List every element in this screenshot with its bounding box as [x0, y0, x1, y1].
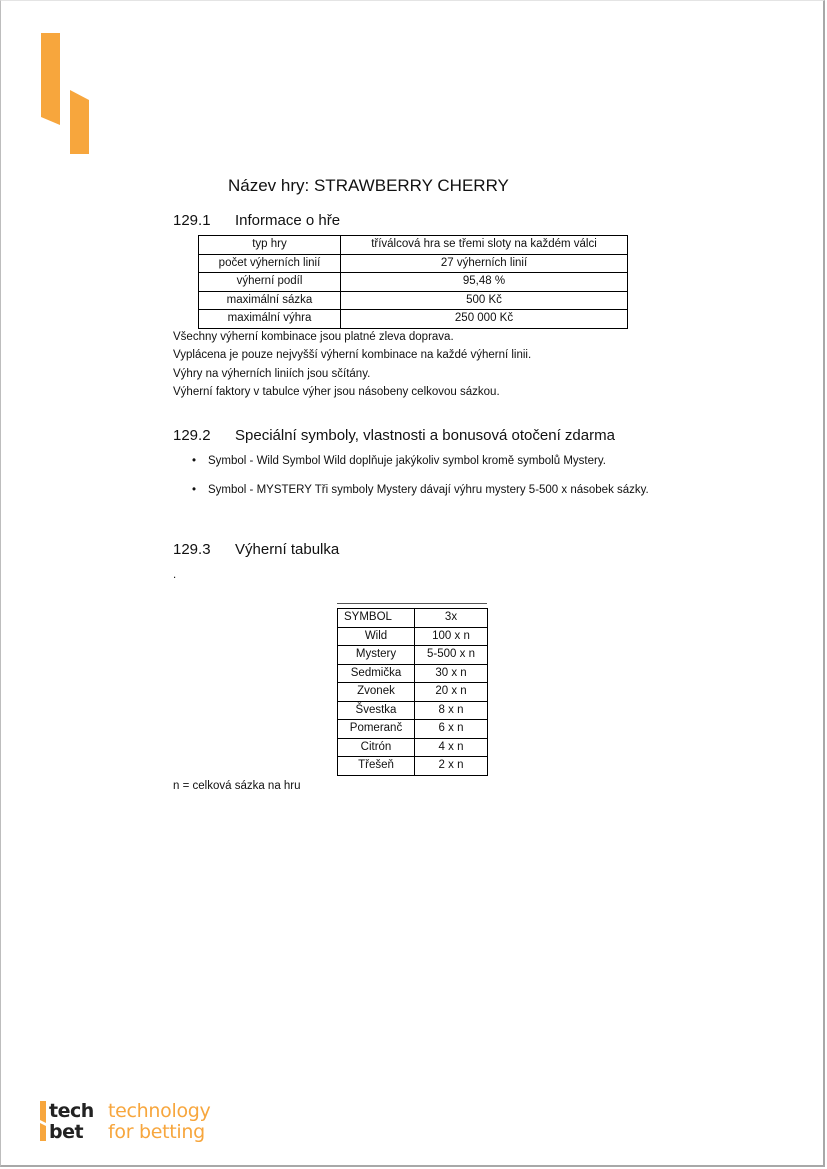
info-key: výherní podíl [199, 273, 341, 292]
rule-note: Vyplácena je pouze nejvyšší výherní komb… [173, 349, 531, 361]
symbol-name: Zvonek [338, 683, 415, 702]
bullet-icon: • [192, 453, 196, 470]
bullet-item-wild: • Symbol - Wild Symbol Wild doplňuje jak… [193, 453, 661, 470]
bullet-item-mystery: • Symbol - MYSTERY Tři symboly Mystery d… [193, 482, 661, 499]
info-table-row: maximální sázka500 Kč [199, 291, 628, 310]
bullet-text: Symbol - Wild Symbol Wild doplňuje jakýk… [208, 453, 661, 470]
symbol-name: Wild [338, 627, 415, 646]
bullet-text: Symbol - MYSTERY Tři symboly Mystery dáv… [208, 482, 661, 499]
paytable-row: Zvonek20 x n [338, 683, 488, 702]
symbol-payout: 30 x n [415, 664, 488, 683]
info-value: tříválcová hra se třemi sloty na každém … [341, 236, 628, 255]
table-top-rule [337, 603, 487, 604]
info-value: 500 Kč [341, 291, 628, 310]
header-multiplier: 3x [415, 609, 488, 628]
rule-note: Výhry na výherních liniích jsou sčítány. [173, 368, 370, 380]
section-title: Výherní tabulka [235, 541, 339, 558]
info-key: typ hry [199, 236, 341, 255]
info-table-row: výherní podíl95,48 % [199, 273, 628, 292]
brand-bar-icon [40, 1101, 46, 1141]
info-key: maximální sázka [199, 291, 341, 310]
paytable-row: Wild100 x n [338, 627, 488, 646]
symbol-payout: 8 x n [415, 701, 488, 720]
paytable-row: Pomeranč6 x n [338, 720, 488, 739]
info-key: počet výherních linií [199, 254, 341, 273]
paytable-row: Citrón4 x n [338, 738, 488, 757]
section-heading-paytable: 129.3Výherní tabulka [173, 541, 339, 558]
symbol-payout: 20 x n [415, 683, 488, 702]
bullet-icon: • [192, 482, 196, 499]
info-value: 27 výherních linií [341, 254, 628, 273]
info-key: maximální výhra [199, 310, 341, 329]
section-title: Speciální symboly, vlastnosti a bonusová… [235, 427, 615, 444]
symbol-name: Sedmička [338, 664, 415, 683]
symbol-name: Mystery [338, 646, 415, 665]
info-value: 95,48 % [341, 273, 628, 292]
symbol-payout: 2 x n [415, 757, 488, 776]
info-table-row: počet výherních linií27 výherních linií [199, 254, 628, 273]
brand-word-tech: tech [49, 1100, 94, 1122]
section-heading-game-info: 129.1Informace o hře [173, 212, 340, 229]
symbol-payout: 5-500 x n [415, 646, 488, 665]
symbol-name: Citrón [338, 738, 415, 757]
stray-period: . [173, 569, 176, 581]
section-title: Informace o hře [235, 212, 340, 229]
rule-note: Výherní faktory v tabulce výher jsou nás… [173, 386, 500, 398]
brand-tagline-line1: technology [108, 1100, 211, 1122]
brand-word-bet: bet [49, 1121, 83, 1143]
symbol-payout: 100 x n [415, 627, 488, 646]
techbet-mark-icon [40, 33, 92, 155]
paytable-header-row: SYMBOL3x [338, 609, 488, 628]
game-info-table: typ hrytříválcová hra se třemi sloty na … [198, 235, 628, 329]
paytable-row: Švestka8 x n [338, 701, 488, 720]
paytable-row: Sedmička30 x n [338, 664, 488, 683]
paytable: SYMBOL3xWild100 x nMystery5-500 x nSedmi… [337, 608, 488, 776]
info-table-row: maximální výhra250 000 Kč [199, 310, 628, 329]
rule-note: Všechny výherní kombinace jsou platné zl… [173, 331, 454, 343]
info-value: 250 000 Kč [341, 310, 628, 329]
section-number: 129.2 [173, 427, 235, 444]
game-title: Název hry: STRAWBERRY CHERRY [228, 176, 509, 196]
symbol-name: Švestka [338, 701, 415, 720]
paytable-row: Mystery5-500 x n [338, 646, 488, 665]
info-table-row: typ hrytříválcová hra se třemi sloty na … [199, 236, 628, 255]
header-symbol: SYMBOL [338, 609, 415, 628]
symbol-payout: 6 x n [415, 720, 488, 739]
paytable-row: Třešeň2 x n [338, 757, 488, 776]
symbol-payout: 4 x n [415, 738, 488, 757]
symbol-name: Pomeranč [338, 720, 415, 739]
symbol-name: Třešeň [338, 757, 415, 776]
section-heading-special-symbols: 129.2Speciální symboly, vlastnosti a bon… [173, 427, 615, 444]
section-number: 129.3 [173, 541, 235, 558]
brand-tagline-line2: for betting [108, 1121, 205, 1143]
section-number: 129.1 [173, 212, 235, 229]
paytable-footnote: n = celková sázka na hru [173, 780, 301, 792]
